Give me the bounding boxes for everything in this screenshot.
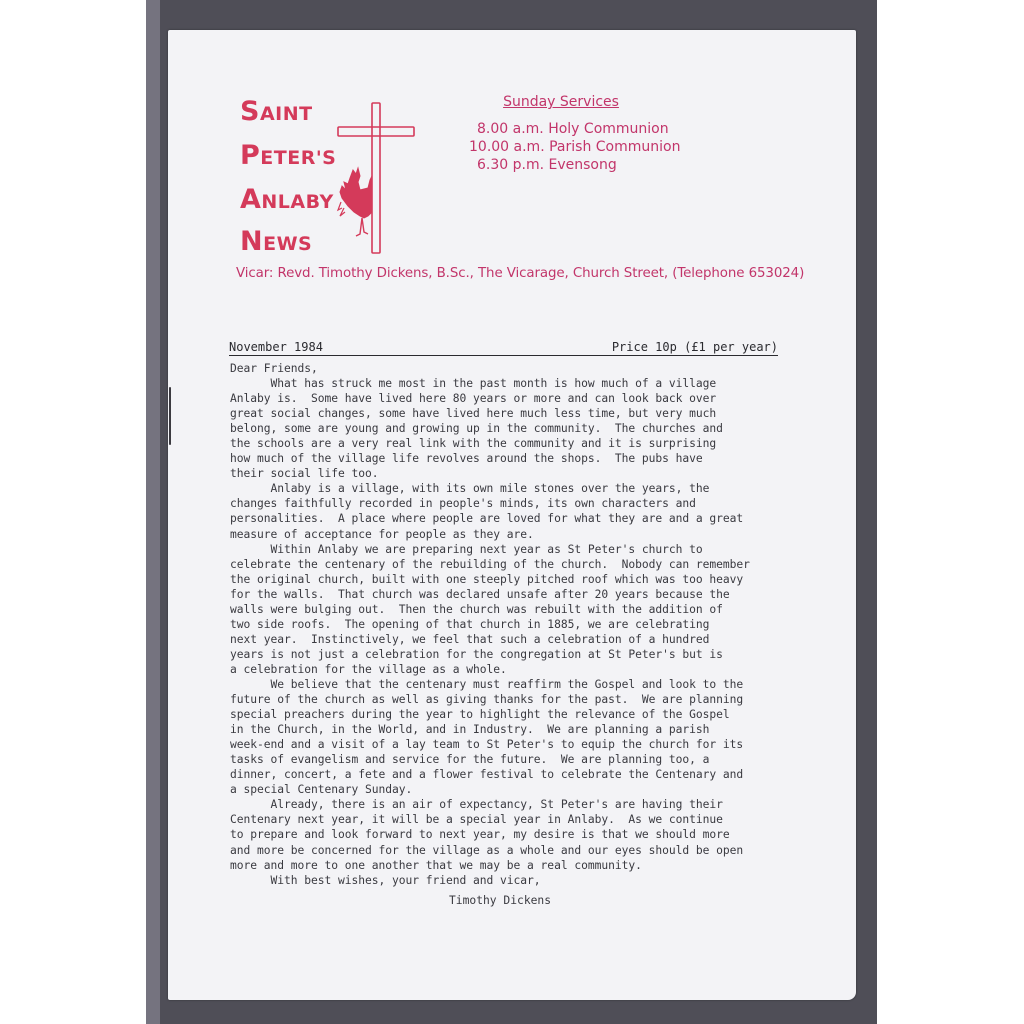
service-item: 6.30 p.m. Evensong — [477, 157, 617, 173]
letter-line: belong, some are young and growing up in… — [230, 421, 750, 436]
letter-line: changes faithfully recorded in people's … — [230, 496, 750, 511]
masthead-line-saint: SAINT — [240, 96, 313, 127]
letter-line: Centenary next year, it will be a specia… — [230, 812, 750, 827]
letter-line: We believe that the centenary must reaff… — [230, 677, 750, 692]
letter-line: What has struck me most in the past mont… — [230, 376, 750, 391]
letter-line: a celebration for the village as a whole… — [230, 662, 750, 677]
letter-line: walls were bulging out. Then the church … — [230, 602, 750, 617]
issue-info-bar: November 1984 Price 10p (£1 per year) — [229, 340, 778, 356]
letter-line: Anlaby is. Some have lived here 80 years… — [230, 391, 750, 406]
letter-line: more and more to one another that we may… — [230, 858, 750, 873]
issue-date: November 1984 — [229, 340, 323, 354]
letter-line: Dear Friends, — [230, 361, 750, 376]
staple-mark — [169, 387, 171, 445]
service-item: 8.00 a.m. Holy Communion — [477, 121, 669, 137]
letter-line: in the Church, in the World, and in Indu… — [230, 722, 750, 737]
letter-line: measure of acceptance for people as they… — [230, 527, 750, 542]
letter-line: dinner, concert, a fete and a flower fes… — [230, 767, 750, 782]
service-item: 10.00 a.m. Parish Communion — [469, 139, 680, 155]
masthead-line-peters: PETER'S — [240, 140, 336, 171]
masthead-line-news: NEWS — [240, 226, 312, 257]
masthead-line-anlaby: ANLABY — [240, 184, 334, 215]
vicar-contact-line: Vicar: Revd. Timothy Dickens, B.Sc., The… — [236, 266, 804, 281]
letter-line: to prepare and look forward to next year… — [230, 827, 750, 842]
letter-line: the schools are a very real link with th… — [230, 436, 750, 451]
cross-with-rooster-icon — [336, 100, 418, 255]
signature: Timothy Dickens — [449, 894, 551, 907]
letter-line: future of the church as well as giving t… — [230, 692, 750, 707]
letter-line: next year. Instinctively, we feel that s… — [230, 632, 750, 647]
letter-line: tasks of evangelism and service for the … — [230, 752, 750, 767]
letter-line: week-end and a visit of a lay team to St… — [230, 737, 750, 752]
letter-line: With best wishes, your friend and vicar, — [230, 873, 750, 888]
letter-line: Already, there is an air of expectancy, … — [230, 797, 750, 812]
letter-line: a special Centenary Sunday. — [230, 782, 750, 797]
letter-line: and more be concerned for the village as… — [230, 843, 750, 858]
letter-line: how much of the village life revolves ar… — [230, 451, 750, 466]
letter-line: the original church, built with one stee… — [230, 572, 750, 587]
letter-line: Anlaby is a village, with its own mile s… — [230, 481, 750, 496]
letter-line: two side roofs. The opening of that chur… — [230, 617, 750, 632]
letter-line: celebrate the centenary of the rebuildin… — [230, 557, 750, 572]
letter-line: great social changes, some have lived he… — [230, 406, 750, 421]
letter-body: Dear Friends, What has struck me most in… — [230, 361, 750, 888]
letter-line: Within Anlaby we are preparing next year… — [230, 542, 750, 557]
issue-price: Price 10p (£1 per year) — [612, 340, 778, 354]
letter-line: their social life too. — [230, 466, 750, 481]
services-title: Sunday Services — [436, 94, 686, 110]
sunday-services: Sunday Services — [466, 94, 686, 110]
letter-line: special preachers during the year to hig… — [230, 707, 750, 722]
letter-line: personalities. A place where people are … — [230, 511, 750, 526]
letter-line: for the walls. That church was declared … — [230, 587, 750, 602]
letter-line: years is not just a celebration for the … — [230, 647, 750, 662]
